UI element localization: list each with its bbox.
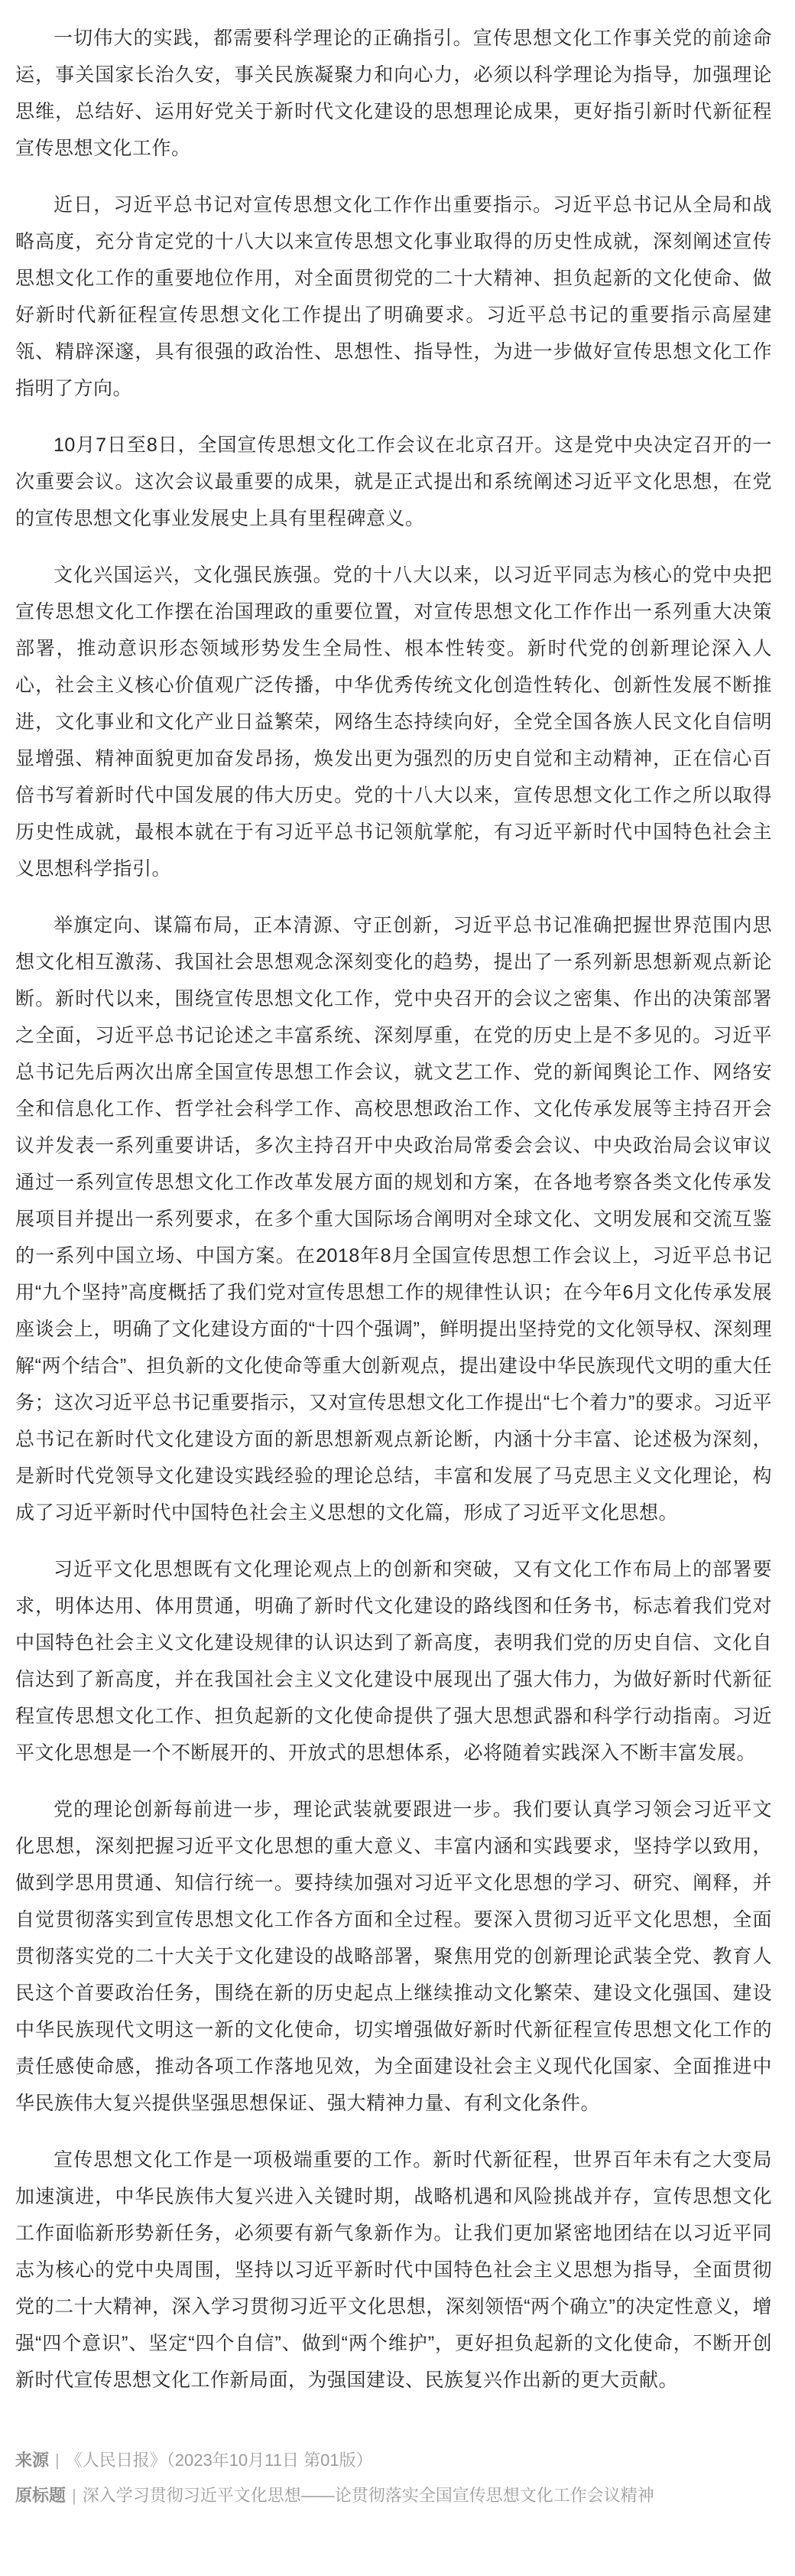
article-page: 一切伟大的实践，都需要科学理论的正确指引。宣传思想文化工作事关党的前途命运，事关…	[0, 0, 795, 2576]
original-title-row: 原标题|深入学习贯彻习近平文化思想——论贯彻落实全国宣传思想文化工作会议精神	[15, 2478, 772, 2513]
original-title-value: 深入学习贯彻习近平文化思想——论贯彻落实全国宣传思想文化工作会议精神	[83, 2486, 654, 2505]
source-value: 《人民日报》（2023年10月11日 第01版）	[66, 2451, 373, 2470]
original-title-label: 原标题	[15, 2486, 66, 2505]
article-body: 一切伟大的实践，都需要科学理论的正确指引。宣传思想文化工作事关党的前途命运，事关…	[15, 20, 772, 2399]
article-paragraph: 近日，习近平总书记对宣传思想文化工作作出重要指示。习近平总书记从全局和战略高度，…	[15, 187, 772, 407]
article-footer: 来源|《人民日报》（2023年10月11日 第01版） 原标题|深入学习贯彻习近…	[15, 2443, 772, 2513]
article-paragraph: 举旗定向、谋篇布局，正本清源、守正创新，习近平总书记准确把握世界范围内思想文化相…	[15, 907, 772, 1531]
source-row: 来源|《人民日报》（2023年10月11日 第01版）	[15, 2443, 772, 2478]
source-label: 来源	[15, 2451, 49, 2470]
article-paragraph: 习近平文化思想既有文化理论观点上的创新和突破，又有文化工作布局上的部署要求，明体…	[15, 1551, 772, 1771]
article-paragraph: 文化兴国运兴，文化强民族强。党的十八大以来，以习近平同志为核心的党中央把宣传思想…	[15, 557, 772, 887]
source-separator: |	[49, 2451, 66, 2470]
article-paragraph: 10月7日至8日，全国宣传思想文化工作会议在北京召开。这是党中央决定召开的一次重…	[15, 427, 772, 537]
article-paragraph: 一切伟大的实践，都需要科学理论的正确指引。宣传思想文化工作事关党的前途命运，事关…	[15, 20, 772, 167]
original-title-separator: |	[66, 2486, 83, 2505]
article-paragraph: 宣传思想文化工作是一项极端重要的工作。新时代新征程，世界百年未有之大变局加速演进…	[15, 2142, 772, 2399]
article-paragraph: 党的理论创新每前进一步，理论武装就要跟进一步。我们要认真学习领会习近平文化思想，…	[15, 1791, 772, 2122]
